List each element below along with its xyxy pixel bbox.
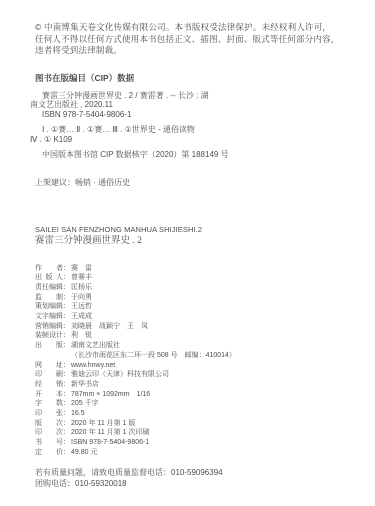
colophon-value: （长沙市雨花区东二环一段 508 号 邮编：410014） bbox=[71, 352, 236, 359]
colophon-colon: ： bbox=[63, 361, 71, 371]
colophon-row-publisher: 出版：湖南文艺出版社 bbox=[35, 341, 347, 351]
colophon-colon: ： bbox=[63, 322, 71, 332]
colophon-row-supervisor: 监制：于向勇 bbox=[35, 293, 347, 303]
colophon-row-text-editor: 文字编辑：王成成 bbox=[35, 312, 347, 322]
shelf-advice: 上架建议：畅销 · 通俗历史 bbox=[35, 178, 347, 188]
book-title-pinyin: SAILEI SAN FENZHONG MANHUA SHIJIESHI.2 bbox=[35, 225, 347, 235]
colophon-value: 雅迪云印（天津）科技有限公司 bbox=[71, 371, 169, 378]
colophon-row-marketing-editor: 营销编辑：刘晓晨 战颖宁 王 凤 bbox=[35, 322, 347, 332]
colophon-value: www.hnwy.net bbox=[71, 362, 115, 369]
colophon-row-printer: 印刷：雅迪云印（天津）科技有限公司 bbox=[35, 370, 347, 380]
colophon-colon: ： bbox=[63, 273, 71, 283]
colophon-colon: ： bbox=[63, 409, 71, 419]
colophon-label: 责任编辑 bbox=[35, 283, 63, 293]
cip-heading: 图书在版编目（CIP）数据 bbox=[35, 73, 347, 83]
colophon-label: 装帧设计 bbox=[35, 331, 63, 341]
cip-classification-line: Ⅳ . ① K109 bbox=[30, 135, 347, 145]
colophon-value: 于向勇 bbox=[71, 294, 92, 301]
colophon-label: 印张 bbox=[35, 409, 63, 419]
colophon-label: 印刷 bbox=[35, 370, 63, 380]
colophon-row-design: 装帧设计：利 锐 bbox=[35, 331, 347, 341]
colophon-colon: ： bbox=[63, 419, 71, 429]
cip-description-line: 赛雷三分钟漫画世界史 . 2 / 赛雷著 . -- 长沙 : 湖 bbox=[30, 91, 347, 101]
colophon-value: 205 千字 bbox=[71, 400, 99, 407]
colophon-value: 49.80 元 bbox=[71, 449, 97, 456]
copyright-notice-line: 任何人不得以任何方式使用本书包括正文、插图、封面、版式等任何部分内容， bbox=[35, 34, 347, 46]
colophon-colon: ： bbox=[63, 448, 71, 458]
colophon-value: 王远哲 bbox=[71, 303, 92, 310]
colophon: 作者：赛 雷 出版人：曾赛丰 责任编辑：匡杨乐 监制：于向勇 策划编辑：王远哲 … bbox=[35, 264, 347, 458]
colophon-colon: ： bbox=[63, 331, 71, 341]
colophon-value: 湖南文艺出版社 bbox=[71, 342, 120, 349]
colophon-colon: ： bbox=[63, 312, 71, 322]
colophon-colon: ： bbox=[63, 283, 71, 293]
colophon-label: 印次 bbox=[35, 428, 63, 438]
colophon-value: 利 锐 bbox=[71, 332, 92, 339]
colophon-row-format: 开本：787mm × 1092mm 1/16 bbox=[35, 390, 347, 400]
colophon-row-distributor: 经销：新华书店 bbox=[35, 380, 347, 390]
colophon-label: 策划编辑 bbox=[35, 302, 63, 312]
colophon-label: 网址 bbox=[35, 361, 63, 371]
book-title-chinese: 赛雷三分钟漫画世界史 . 2 bbox=[35, 235, 347, 248]
colophon-colon: ： bbox=[63, 380, 71, 390]
colophon-value: 王成成 bbox=[71, 313, 92, 320]
quality-hotline: 若有质量问题，请致电质量监督电话：010-59096394 bbox=[35, 467, 347, 478]
colophon-label: 书号 bbox=[35, 438, 63, 448]
colophon-row-publisher-address: ：（长沙市雨花区东二环一段 508 号 邮编：410014） bbox=[35, 351, 347, 361]
colophon-value: 2020 年 11 月第 1 次印刷 bbox=[71, 429, 149, 436]
colophon-label: 开本 bbox=[35, 390, 63, 400]
colophon-row-edition: 版次：2020 年 11 月第 1 版 bbox=[35, 419, 347, 429]
colophon-value: 2020 年 11 月第 1 版 bbox=[71, 420, 135, 427]
colophon-colon: ： bbox=[63, 428, 71, 438]
colophon-colon: ： bbox=[63, 302, 71, 312]
colophon-row-publisher-person: 出版人：曾赛丰 bbox=[35, 273, 347, 283]
colophon-colon: ： bbox=[63, 390, 71, 400]
colophon-row-website: 网址：www.hnwy.net bbox=[35, 361, 347, 371]
cip-record-number: 中国版本图书馆 CIP 数据核字（2020）第 188149 号 bbox=[30, 150, 347, 160]
colophon-value: 16.5 bbox=[71, 410, 85, 417]
colophon-label: 文字编辑 bbox=[35, 312, 63, 322]
colophon-colon: ： bbox=[63, 370, 71, 380]
colophon-row-planning-editor: 策划编辑：王远哲 bbox=[35, 302, 347, 312]
copyright-notice: © 中南博集天卷文化传媒有限公司。本书版权受法律保护。未经权利人许可， 任何人不… bbox=[35, 22, 347, 57]
colophon-value: 787mm × 1092mm 1/16 bbox=[71, 391, 150, 398]
colophon-value: 刘晓晨 战颖宁 王 凤 bbox=[71, 323, 148, 330]
cip-isbn-line: ISBN 978-7-5404-9806-1 bbox=[30, 110, 347, 120]
colophon-colon: ： bbox=[63, 438, 71, 448]
colophon-row-isbn: 书号：ISBN 978-7-5404-9806-1 bbox=[35, 438, 347, 448]
footer-notes: 若有质量问题，请致电质量监督电话：010-59096394 团购电话：010-5… bbox=[35, 467, 347, 489]
colophon-label: 版次 bbox=[35, 419, 63, 429]
colophon-colon: ： bbox=[63, 399, 71, 409]
colophon-row-responsible-editor: 责任编辑：匡杨乐 bbox=[35, 283, 347, 293]
colophon-label: 经销 bbox=[35, 380, 63, 390]
colophon-colon: ： bbox=[63, 264, 71, 274]
colophon-value: 匡杨乐 bbox=[71, 284, 92, 291]
colophon-row-word-count: 字数：205 千字 bbox=[35, 399, 347, 409]
colophon-colon: ： bbox=[63, 293, 71, 303]
colophon-row-impression: 印次：2020 年 11 月第 1 次印刷 bbox=[35, 428, 347, 438]
book-title-block: SAILEI SAN FENZHONG MANHUA SHIJIESHI.2 赛… bbox=[35, 225, 347, 248]
colophon-value: 赛 雷 bbox=[71, 265, 92, 272]
colophon-row-price: 定价：49.80 元 bbox=[35, 448, 347, 458]
colophon-label: 定价 bbox=[35, 448, 63, 458]
cip-description-line: 南文艺出版社 , 2020.11 bbox=[30, 100, 347, 110]
colophon-label: 出版人 bbox=[35, 273, 63, 283]
colophon-label: 作者 bbox=[35, 264, 63, 274]
colophon-row-author: 作者：赛 雷 bbox=[35, 264, 347, 274]
colophon-label: 营销编辑 bbox=[35, 322, 63, 332]
colophon-label: 字数 bbox=[35, 399, 63, 409]
group-buy-hotline: 团购电话：010-59320018 bbox=[35, 478, 347, 489]
cip-classification-line: Ⅰ . ①赛… Ⅱ . ①赛… Ⅲ . ①世界史 - 通俗读物 bbox=[30, 125, 347, 135]
colophon-value: ISBN 978-7-5404-9806-1 bbox=[71, 439, 149, 446]
colophon-value: 曾赛丰 bbox=[71, 274, 92, 281]
cip-data-block: 赛雷三分钟漫画世界史 . 2 / 赛雷著 . -- 长沙 : 湖 南文艺出版社 … bbox=[30, 91, 347, 160]
colophon-row-sheets: 印张：16.5 bbox=[35, 409, 347, 419]
colophon-label: 出版 bbox=[35, 341, 63, 351]
copyright-notice-line: 违者将受到法律制裁。 bbox=[35, 45, 347, 57]
colophon-label: 监制 bbox=[35, 293, 63, 303]
colophon-value: 新华书店 bbox=[71, 381, 99, 388]
copyright-notice-line: © 中南博集天卷文化传媒有限公司。本书版权受法律保护。未经权利人许可， bbox=[35, 22, 347, 34]
copyright-page: © 中南博集天卷文化传媒有限公司。本书版权受法律保护。未经权利人许可， 任何人不… bbox=[0, 0, 375, 506]
colophon-colon: ： bbox=[63, 341, 71, 351]
